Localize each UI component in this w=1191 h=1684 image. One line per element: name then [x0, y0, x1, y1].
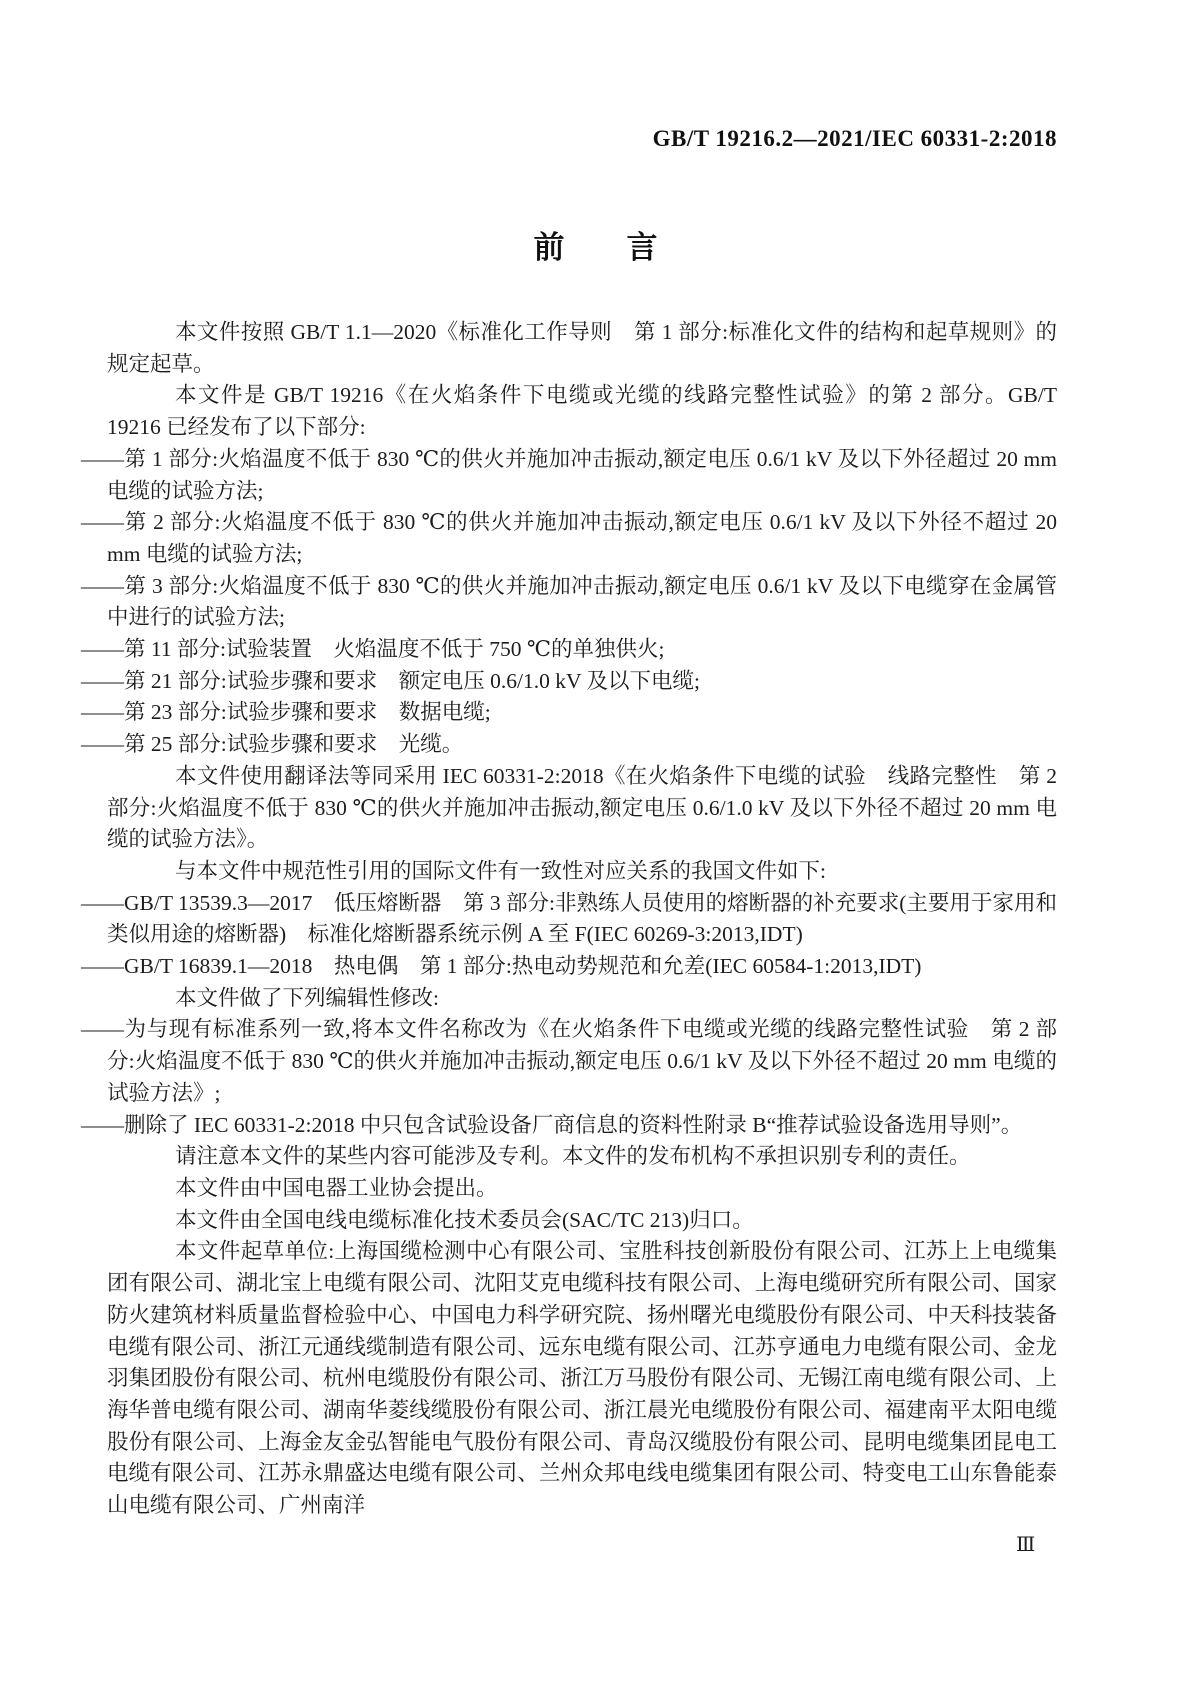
paragraph: 请注意本文件的某些内容可能涉及专利。本文件的发布机构不承担识别专利的责任。 — [107, 1141, 1057, 1173]
standard-number-header: GB/T 19216.2—2021/IEC 60331-2:2018 — [653, 126, 1057, 152]
list-item: ——第 11 部分:试验装置 火焰温度不低于 750 ℃的单独供火; — [107, 634, 1057, 666]
list-item: ——第 1 部分:火焰温度不低于 830 ℃的供火并施加冲击振动,额定电压 0.… — [107, 444, 1057, 507]
list-item: ——GB/T 16839.1—2018 热电偶 第 1 部分:热电动势规范和允差… — [107, 951, 1057, 983]
list-item: ——第 21 部分:试验步骤和要求 额定电压 0.6/1.0 kV 及以下电缆; — [107, 666, 1057, 698]
list-item: ——GB/T 13539.3—2017 低压熔断器 第 3 部分:非熟练人员使用… — [107, 888, 1057, 951]
paragraph: 本文件是 GB/T 19216《在火焰条件下电缆或光缆的线路完整性试验》的第 2… — [107, 380, 1057, 443]
paragraph: 本文件做了下列编辑性修改: — [107, 983, 1057, 1015]
paragraph: 本文件起草单位:上海国缆检测中心有限公司、宝胜科技创新股份有限公司、江苏上上电缆… — [107, 1236, 1057, 1521]
paragraph: 与本文件中规范性引用的国际文件有一致性对应关系的我国文件如下: — [107, 856, 1057, 888]
list-item: ——第 25 部分:试验步骤和要求 光缆。 — [107, 729, 1057, 761]
paragraph: 本文件由中国电器工业协会提出。 — [107, 1173, 1057, 1205]
list-item: ——第 2 部分:火焰温度不低于 830 ℃的供火并施加冲击振动,额定电压 0.… — [107, 507, 1057, 570]
list-item: ——为与现有标准系列一致,将本文件名称改为《在火焰条件下电缆或光缆的线路完整性试… — [107, 1014, 1057, 1109]
list-item: ——第 3 部分:火焰温度不低于 830 ℃的供火并施加冲击振动,额定电压 0.… — [107, 571, 1057, 634]
paragraph: 本文件使用翻译法等同采用 IEC 60331-2:2018《在火焰条件下电缆的试… — [107, 761, 1057, 856]
paragraph: 本文件按照 GB/T 1.1—2020《标准化工作导则 第 1 部分:标准化文件… — [107, 317, 1057, 380]
paragraph: 本文件由全国电线电缆标准化技术委员会(SAC/TC 213)归口。 — [107, 1205, 1057, 1237]
document-page: GB/T 19216.2—2021/IEC 60331-2:2018 前 言 本… — [0, 0, 1191, 1684]
page-title: 前 言 — [0, 222, 1191, 267]
page-number: Ⅲ — [1016, 1532, 1035, 1557]
foreword-body: 本文件按照 GB/T 1.1—2020《标准化工作导则 第 1 部分:标准化文件… — [107, 317, 1057, 1522]
list-item: ——删除了 IEC 60331-2:2018 中只包含试验设备厂商信息的资料性附… — [107, 1110, 1057, 1142]
list-item: ——第 23 部分:试验步骤和要求 数据电缆; — [107, 697, 1057, 729]
